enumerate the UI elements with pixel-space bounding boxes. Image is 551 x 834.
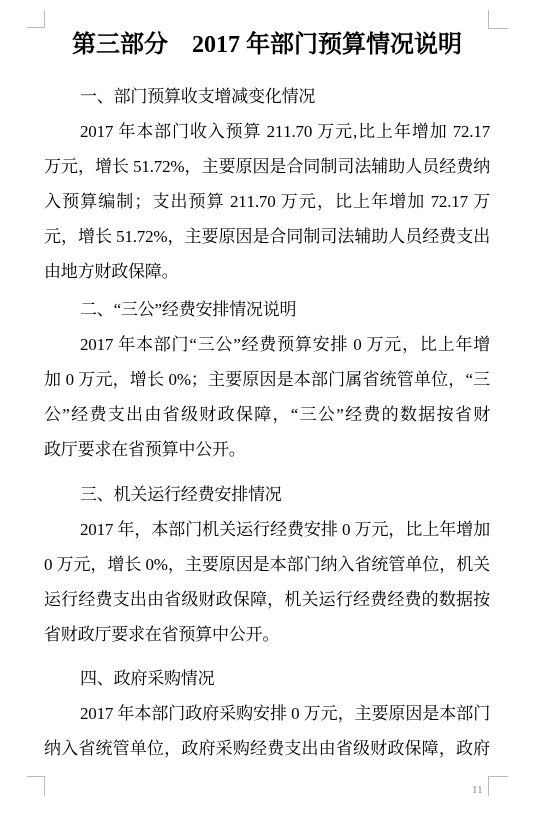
document-title: 第三部分 2017 年部门预算情况说明	[44, 28, 490, 62]
section-paragraph-3: 2017 年，本部门机关运行经费安排 0 万元，比上年增加 0 万元，增长 0%…	[44, 512, 490, 652]
section-paragraph-1: 2017 年本部门收入预算 211.70 万元,比上年增加 72.17 万元，增…	[44, 114, 490, 289]
text-boundary-mark-bottom-right	[488, 776, 508, 796]
document-page: 第三部分 2017 年部门预算情况说明 一、部门预算收支增减变化情况 2017 …	[0, 0, 551, 834]
paragraph-line: 万元，增长 51.72%，主要原因是合同制司法辅助人员经费纳	[44, 149, 490, 184]
section-paragraph-2: 2017 年本部门“三公”经费预算安排 0 万元，比上年增 加 0 万元，增长 …	[44, 327, 490, 467]
paragraph-line: 入预算编制；支出预算 211.70 万元，比上年增加 72.17 万	[44, 184, 490, 219]
document-body: 第三部分 2017 年部门预算情况说明 一、部门预算收支增减变化情况 2017 …	[44, 0, 490, 766]
section-heading-1: 一、部门预算收支增减变化情况	[44, 79, 490, 114]
paragraph-line: 加 0 万元，增长 0%；主要原因是本部门属省统管单位，“三	[44, 362, 490, 397]
paragraph-line: 运行经费支出由省级财政保障，机关运行经费经费的数据按	[44, 582, 490, 617]
paragraph-line: 2017 年本部门政府采购安排 0 万元，主要原因是本部门	[44, 696, 490, 731]
paragraph-line: 元，增长 51.72%，主要原因是合同制司法辅助人员经费支出	[44, 219, 490, 254]
page-number: 11	[472, 784, 483, 796]
paragraph-line: 纳入省统管单位，政府采购经费支出由省级财政保障，政府	[44, 731, 490, 766]
section-heading-2: 二、“三公”经费安排情况说明	[44, 292, 490, 327]
paragraph-line: 由地方财政保障。	[44, 254, 490, 289]
text-boundary-mark-top-right	[488, 10, 508, 29]
text-boundary-mark-top-left	[27, 10, 45, 28]
paragraph-line: 2017 年，本部门机关运行经费安排 0 万元，比上年增加	[44, 512, 490, 547]
section-paragraph-4: 2017 年本部门政府采购安排 0 万元，主要原因是本部门 纳入省统管单位，政府…	[44, 696, 490, 766]
paragraph-line: 政厅要求在省预算中公开。	[44, 432, 490, 467]
section-heading-4: 四、政府采购情况	[44, 661, 490, 696]
paragraph-line: 2017 年本部门“三公”经费预算安排 0 万元，比上年增	[44, 327, 490, 362]
section-heading-3: 三、机关运行经费安排情况	[44, 477, 490, 512]
paragraph-line: 公”经费支出由省级财政保障，“三公”经费的数据按省财	[44, 397, 490, 432]
paragraph-line: 省财政厅要求在省预算中公开。	[44, 617, 490, 652]
paragraph-line: 2017 年本部门收入预算 211.70 万元,比上年增加 72.17	[44, 114, 490, 149]
paragraph-line: 0 万元，增长 0%，主要原因是本部门纳入省统管单位，机关	[44, 547, 490, 582]
text-boundary-mark-bottom-left	[27, 776, 45, 796]
